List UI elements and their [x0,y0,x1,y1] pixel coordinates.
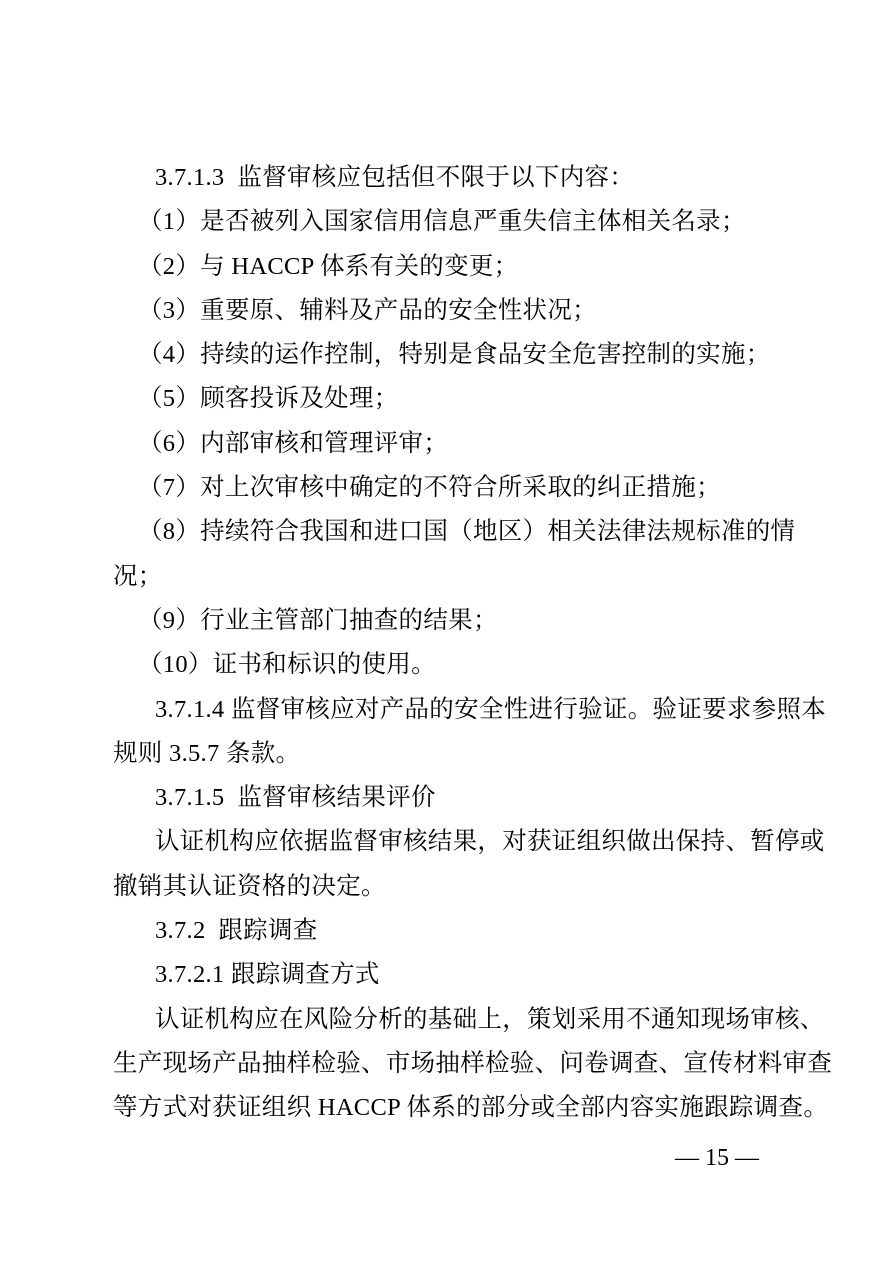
document-line: 撤销其认证资格的决定。 [113,865,783,909]
document-line: 况； [113,555,783,599]
document-line: （1）是否被列入国家信用信息严重失信主体相关名录； [113,200,783,244]
document-line: （3）重要原、辅料及产品的安全性状况； [113,289,783,333]
document-line: 3.7.1.3 监督审核应包括但不限于以下内容： [113,156,783,200]
document-page: 3.7.1.3 监督审核应包括但不限于以下内容：（1）是否被列入国家信用信息严重… [0,0,892,1262]
document-line: 认证机构应依据监督审核结果，对获证组织做出保持、暂停或 [113,820,783,864]
document-line: （10）证书和标识的使用。 [113,643,783,687]
document-body: 3.7.1.3 监督审核应包括但不限于以下内容：（1）是否被列入国家信用信息严重… [113,156,783,1131]
document-line: （4）持续的运作控制，特别是食品安全危害控制的实施； [113,333,783,377]
document-line: 生产现场产品抽样检验、市场抽样检验、问卷调查、宣传材料审查 [113,1042,783,1086]
document-line: 3.7.1.4 监督审核应对产品的安全性进行验证。验证要求参照本 [113,688,783,732]
document-line: （8）持续符合我国和进口国（地区）相关法律法规标准的情 [113,510,783,554]
document-line: （5）顾客投诉及处理； [113,377,783,421]
document-line: （7）对上次审核中确定的不符合所采取的纠正措施； [113,466,783,510]
document-line: 认证机构应在风险分析的基础上，策划采用不通知现场审核、 [113,998,783,1042]
document-line: 3.7.2.1 跟踪调查方式 [113,953,783,997]
document-line: （2）与 HACCP 体系有关的变更； [113,245,783,289]
document-line: 等方式对获证组织 HACCP 体系的部分或全部内容实施跟踪调查。 [113,1086,783,1130]
document-line: （9）行业主管部门抽查的结果； [113,599,783,643]
document-line: 3.7.1.5 监督审核结果评价 [113,776,783,820]
document-line: 3.7.2 跟踪调查 [113,909,783,953]
document-line: 规则 3.5.7 条款。 [113,732,783,776]
page-number: — 15 — [675,1136,759,1180]
document-line: （6）内部审核和管理评审； [113,422,783,466]
